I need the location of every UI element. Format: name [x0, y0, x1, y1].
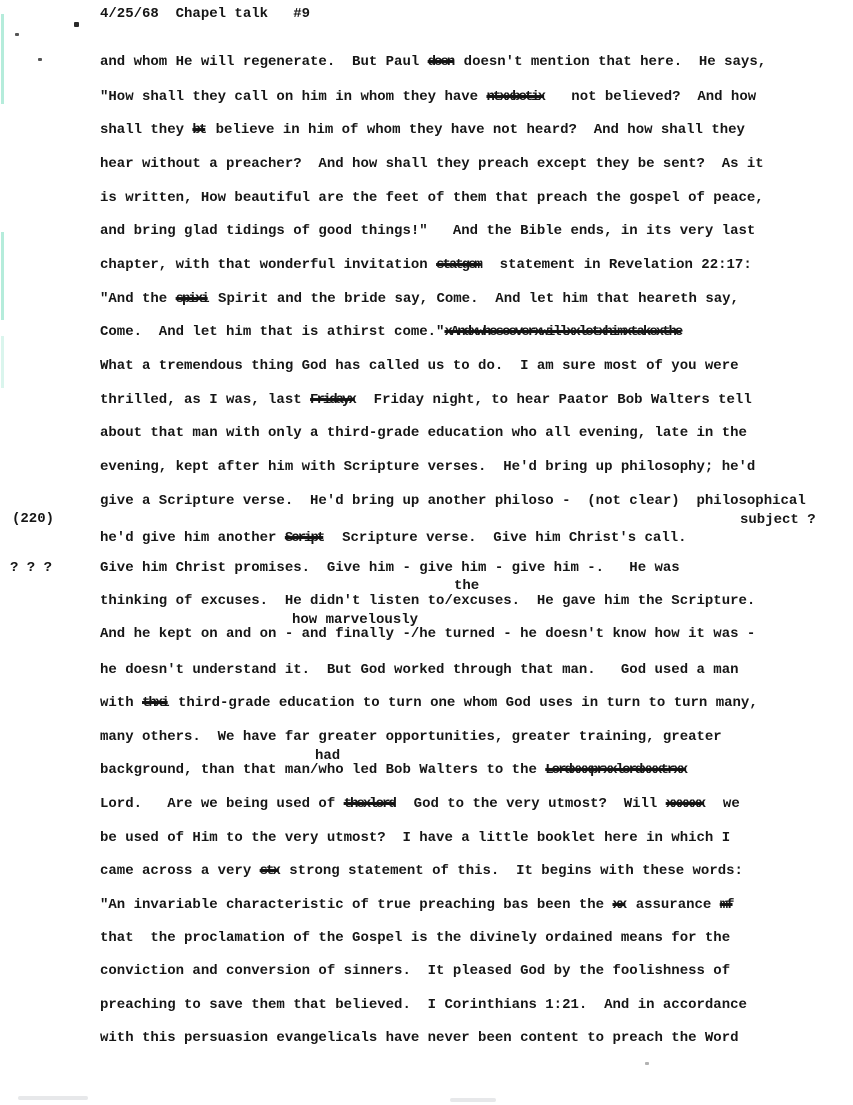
- text-line: he'd give him another Script Scripture v…: [100, 528, 687, 548]
- text-line: be used of Him to the very utmost? I hav…: [100, 828, 730, 848]
- scan-speck: [38, 58, 42, 61]
- text-line: "An invariable characteristic of true pr…: [100, 895, 735, 915]
- overtyped-strikeout: statgem: [436, 257, 483, 273]
- page: 4/25/68 Chapel talk #9 and whom He will …: [0, 0, 853, 1105]
- text-line: about that man with only a third-grade e…: [100, 423, 747, 443]
- overtyped-strikeout: Fridayx: [310, 392, 357, 408]
- text-line: "How shall they call on him in whom they…: [100, 87, 756, 107]
- text-line: with this persuasion evangelicals have n…: [100, 1028, 739, 1048]
- text-line: "And the spixi Spirit and the bride say,…: [100, 289, 739, 309]
- interline-insertion: the: [454, 576, 479, 596]
- overtyped-strikeout: xAndxwhosoeverxwillxxletxhimxtakexthe: [444, 324, 683, 340]
- interline-insertion: how marvelously: [292, 610, 418, 630]
- text-line: is written, How beautiful are the feet o…: [100, 188, 764, 208]
- scan-edge-mark: [1, 232, 4, 320]
- scan-edge-mark: [1, 14, 4, 104]
- text-line: he doesn't understand it. But God worked…: [100, 660, 739, 680]
- text-line: came across a very stx strong statement …: [100, 861, 743, 881]
- text-line: Come. And let him that is athirst come."…: [100, 322, 683, 342]
- text-line: background, than that man/who led Bob Wa…: [100, 760, 688, 780]
- margin-note: ? ? ?: [10, 558, 52, 578]
- text-line: conviction and conversion of sinners. It…: [100, 961, 730, 981]
- text-line: many others. We have far greater opportu…: [100, 727, 722, 747]
- text-line: and bring glad tidings of good things!" …: [100, 221, 755, 241]
- overtyped-strikeout: xx: [612, 897, 627, 913]
- overtyped-strikeout: thxi: [142, 695, 170, 711]
- text-line: shall they bt believe in him of whom the…: [100, 120, 745, 140]
- page-header: 4/25/68 Chapel talk #9: [100, 4, 310, 24]
- text-line: with thxi third-grade education to turn …: [100, 693, 758, 713]
- interline-insertion: subject ?: [740, 510, 816, 530]
- text-line: Lord. Are we being used of thexlord God …: [100, 794, 740, 814]
- overtyped-strikeout: xxxxxx: [666, 796, 706, 812]
- text-line: And he kept on and on - and finally -/he…: [100, 624, 755, 644]
- overtyped-strikeout: bt: [192, 122, 207, 138]
- text-line: hear without a preacher? And how shall t…: [100, 154, 764, 174]
- overtyped-strikeout: Lordxxxprxxlordxxxtrxx: [545, 762, 688, 778]
- text-line: thinking of excuses. He didn't listen to…: [100, 591, 755, 611]
- scan-edge-mark: [1, 336, 4, 388]
- scan-smudge: [450, 1098, 496, 1102]
- overtyped-strikeout: spixi: [176, 291, 210, 307]
- text-line: that the proclamation of the Gospel is t…: [100, 928, 730, 948]
- scan-speck: [15, 33, 19, 36]
- overtyped-strikeout: Script: [285, 530, 325, 546]
- margin-note: (220): [12, 509, 54, 529]
- overtyped-strikeout: thexlord: [344, 796, 397, 812]
- text-line: preaching to save them that believed. I …: [100, 995, 747, 1015]
- scan-smudge: [18, 1096, 88, 1100]
- scan-speck: [645, 1062, 649, 1065]
- text-line: chapter, with that wonderful invitation …: [100, 255, 752, 275]
- scan-speck: [74, 22, 79, 27]
- interline-insertion: had: [315, 746, 340, 766]
- overtyped-strikeout: doen: [428, 54, 456, 70]
- text-line: and whom He will regenerate. But Paul do…: [100, 52, 766, 72]
- text-line: thrilled, as I was, last Fridayx Friday …: [100, 390, 752, 410]
- overtyped-strikeout: ntxxbetix: [486, 89, 546, 105]
- overtyped-strikeout: stx: [260, 863, 281, 879]
- text-line: What a tremendous thing God has called u…: [100, 356, 739, 376]
- text-line: give a Scripture verse. He'd bring up an…: [100, 491, 806, 511]
- text-line: Give him Christ promises. Give him - giv…: [100, 558, 680, 578]
- text-line: evening, kept after him with Scripture v…: [100, 457, 755, 477]
- overtyped-strikeout: mf: [720, 897, 735, 913]
